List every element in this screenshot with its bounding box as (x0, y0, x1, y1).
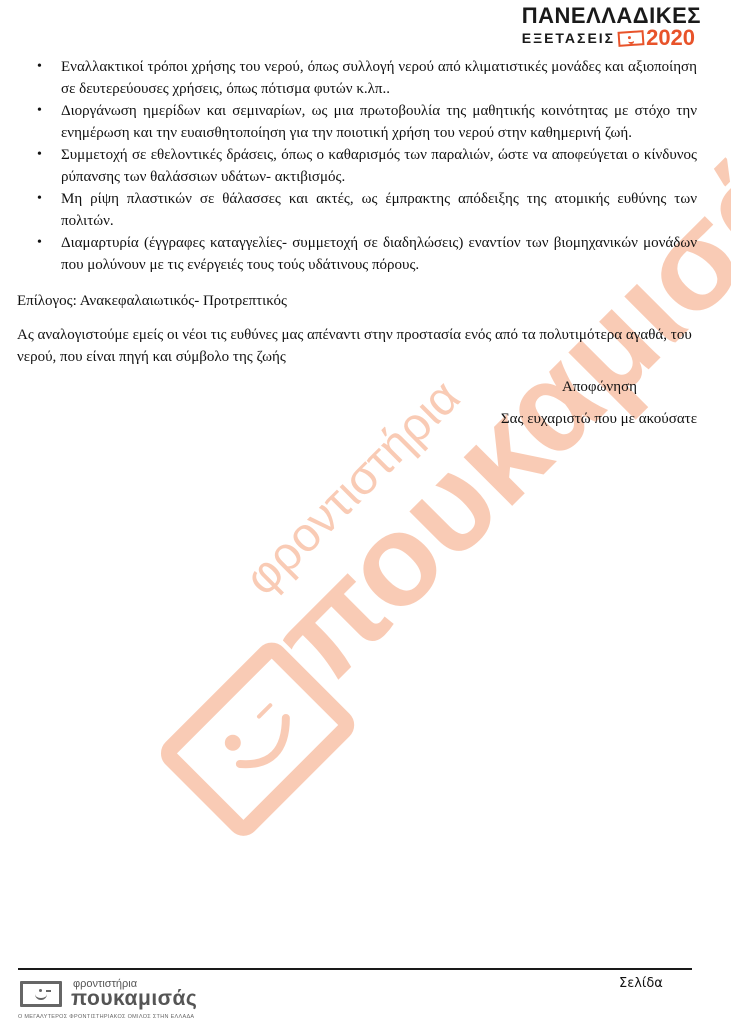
footer-logo: φροντιστήρια πουκαμισάς Ο ΜΕΓΑΛΥΤΕΡΟΣ ΦΡ… (18, 978, 238, 1022)
list-item: Συμμετοχή σε εθελοντικές δράσεις, όπως ο… (17, 144, 697, 188)
brand-year: 2020 (646, 28, 695, 48)
list-item: Μη ρίψη πλαστικών σε θάλασσες και ακτές,… (17, 188, 697, 232)
watermark-eye-icon (222, 731, 245, 754)
exams-2020-logo: ΠΑΝΕΛΛΑΔΙΚΕΣ ΕΞΕΤΑΣΕΙΣ 2020 (522, 4, 701, 48)
footer-divider (18, 968, 692, 970)
bullet-list: Εναλλακτικοί τρόποι χρήσης του νερού, όπ… (17, 56, 697, 276)
page-label: Σελίδα (619, 976, 663, 991)
list-item: Διαμαρτυρία (έγγραφες καταγγελίες- συμμε… (17, 232, 697, 276)
footer-logo-brand: πουκαμισάς (71, 987, 197, 1011)
document-body: Εναλλακτικοί τρόποι χρήσης του νερού, όπ… (17, 56, 697, 430)
smiley-frame-icon (20, 981, 62, 1007)
list-item: Διοργάνωση ημερίδων και σεμιναρίων, ως μ… (17, 100, 697, 144)
epilogue-heading: Επίλογος: Ανακεφαλαιωτικός- Προτρεπτικός (17, 290, 697, 312)
smiley-box-icon (618, 30, 645, 47)
watermark-smile-icon (240, 718, 298, 776)
list-item: Εναλλακτικοί τρόποι χρήσης του νερού, όπ… (17, 56, 697, 100)
closing-label: Αποφώνηση (17, 376, 697, 398)
brand-subtitle: ΕΞΕΤΑΣΕΙΣ (522, 28, 615, 48)
epilogue-paragraph: Ας αναλογιστούμε εμείς οι νέοι τις ευθύν… (17, 324, 697, 368)
footer-logo-tagline: Ο ΜΕΓΑΛΥΤΕΡΟΣ ΦΡΟΝΤΙΣΤΗΡΙΑΚΟΣ ΟΜΙΛΟΣ ΣΤΗ… (18, 1014, 194, 1020)
watermark-frame-icon (166, 647, 350, 831)
closing-text: Σας ευχαριστώ που με ακούσατε (17, 408, 697, 430)
